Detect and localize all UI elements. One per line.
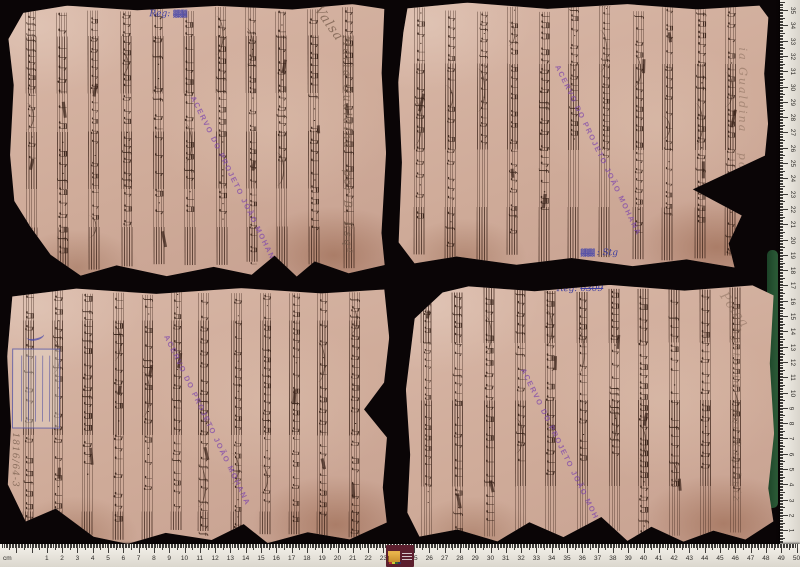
ruler-number: 11 <box>196 555 203 562</box>
catalog-number: 1816/64-3 <box>10 433 20 488</box>
ruler-number: 19 <box>789 252 796 259</box>
ruler-number: 20 <box>789 236 796 243</box>
ruler-number: 8 <box>152 555 156 562</box>
building-icon <box>388 551 400 562</box>
ruler-number: 36 <box>579 555 586 562</box>
manuscript-page-bottom-left: 1816/64-3 ACERVO DO PROJETO JOÃO MOHANA … <box>6 286 391 545</box>
color-strip <box>389 562 401 564</box>
ruler-number: 44 <box>701 555 708 562</box>
ruler-number: 31 <box>789 68 796 75</box>
title-text: ia Gualdina <box>736 48 749 134</box>
ruler-number: 22 <box>789 206 796 213</box>
ruler-number: 8 <box>787 422 794 426</box>
ruler-number: 38 <box>609 555 616 562</box>
side-title: ia Gualdina por R. E <box>736 48 750 215</box>
ruler-number: 19 <box>319 555 326 562</box>
library-stamp-box <box>12 349 60 429</box>
acervo-stamp: ACERVO DO PROJETO JOÃO MOHANA <box>189 95 281 268</box>
beam-stroke <box>317 126 320 134</box>
bottom-annotation: ▓▓▓ : Stg <box>581 248 619 258</box>
ruler-number: 9 <box>787 406 794 410</box>
side-title: Maria Gualdina por B. Esqª <box>340 35 354 255</box>
handwritten-notes: ♩ƒ♫♩♬ ƒ♫♩♪ ♪♩♬♩ ♪♬♬♬♪♩ ♪♪· · <box>421 297 433 540</box>
ruler-number: 32 <box>517 555 524 562</box>
ruler-number: 34 <box>789 22 796 29</box>
handwritten-notes: ·♩·♬♫ ♪♪· ·♪♫ ƒ♩ ♪♪ ♩♫ƒ ♩♬♪ ♪ <box>171 293 183 533</box>
handwritten-notes: ƒ♩· ♬ ♪ ƒƒ♪♬ ♪·♫ ♬··♪ ♩♫ <box>142 297 154 537</box>
ruler-number: 4 <box>787 483 794 487</box>
beam-stroke <box>642 59 645 73</box>
manuscript-page-bottom-right: Reg: 0309 Polca a hystoria por Ray Luiz … <box>405 283 776 545</box>
handwritten-notes: ƒ♪♫♪ƒ ♩ƒ ♪♩♫ ♪♪♪ƒ♫ ♩ <box>515 293 527 536</box>
handwritten-notes: ♪ƒ♩ƒƒ ƒ♩♪ƒ♬♫♩ ♫♩ ♩ ·♫ ♩ <box>25 15 37 271</box>
ruler-number: 34 <box>548 555 555 562</box>
ruler-number: 22 <box>364 555 371 562</box>
ruler-number: 5 <box>787 468 794 472</box>
photograph-canvas: Reg: ▓▓▓ Valsa Maria Gualdina por B. Esq… <box>0 0 800 567</box>
handwritten-notes: ♪ ♪ ♪♬♪♩♫ ♪♩♫ ♬♫·♪♫♫♫ <box>700 294 712 537</box>
handwritten-notes: ƒ♬ ♪· ♫♪♫·♫♩♩ ♩ ƒ♪♬♬· <box>568 9 580 256</box>
ruler-number: 23 <box>789 190 796 197</box>
ruler-number: 1 <box>787 529 794 533</box>
stamp-text-line <box>21 356 22 422</box>
ruler-number: 13 <box>227 555 234 562</box>
ruler-number: 37 <box>594 555 601 562</box>
ruler-number: 7 <box>787 437 794 441</box>
ruler-number: 10 <box>789 389 796 396</box>
ruler-number: 16 <box>789 298 796 305</box>
archive-logo-chip <box>386 545 414 567</box>
ruler-number: 49 <box>778 555 785 562</box>
ruler-number: 25 <box>789 160 796 167</box>
author-text: por B. Esqª <box>341 169 354 255</box>
stamp-text-line <box>42 356 43 422</box>
ruler-number: 2 <box>60 555 64 562</box>
side-title: a hystoria por Ray Luiz <box>730 313 744 503</box>
scribbled-word: ▓▓▓ <box>581 249 594 257</box>
stamp-text-line <box>35 356 36 422</box>
ruler-number: 28 <box>456 555 463 562</box>
ruler-number: 29 <box>789 99 796 106</box>
ruler-number: 21 <box>789 221 796 228</box>
ruler-number: 16 <box>273 555 280 562</box>
ruler-number: 48 <box>762 555 769 562</box>
ruler-number: 24 <box>789 175 796 182</box>
ruler-number: 11 <box>789 374 796 381</box>
ruler-number: 35 <box>789 7 796 14</box>
ruler-number: 18 <box>789 267 796 274</box>
ruler-number: 6 <box>121 555 125 562</box>
ruler-unit-label: cm <box>3 555 12 562</box>
handwritten-notes: ♩ ♪ ♩♪♪♫♩ ♩ ♬ ·♬♪·ƒ♬♪♫♬ƒ♬ <box>57 11 69 267</box>
scribbled-number: ▓▓▓ <box>173 10 186 18</box>
ruler-number: 46 <box>732 555 739 562</box>
ruler-number: 33 <box>533 555 540 562</box>
ruler-number: 13 <box>789 343 796 350</box>
ruler-number: 42 <box>670 555 677 562</box>
ruler-number: 50 <box>793 555 800 562</box>
ruler-number: 27 <box>789 129 796 136</box>
reg-annotation: Reg: ▓▓▓ <box>149 9 186 19</box>
author-text: por R. E <box>736 153 749 215</box>
ruler-number: 33 <box>789 37 796 44</box>
ruler-number: 7 <box>137 555 141 562</box>
stamp-text-line <box>28 356 29 422</box>
handwritten-notes: ♪♪♪♪♬♫♩ · ♬♫ ♬♫♫ ♪♪♪ ♪·ƒ ♫ <box>445 16 457 263</box>
ruler-number: 30 <box>789 83 796 90</box>
ruler-number: 5 <box>106 555 110 562</box>
ruler-number: 45 <box>716 555 723 562</box>
beam-stroke <box>702 161 705 178</box>
ruler-number: 14 <box>242 555 249 562</box>
handwritten-notes: ♪ ·♩ƒ ♪ ♩♫·♬♪♫ƒ♪♫ ♪♫ <box>276 10 288 266</box>
ruler-number: 10 <box>181 555 188 562</box>
ruler-number: 17 <box>789 282 796 289</box>
ruler-number: 1 <box>45 555 49 562</box>
reg-label: Reg: <box>149 9 170 19</box>
ruler-number: 9 <box>167 555 171 562</box>
beam-stroke <box>554 356 557 370</box>
ruler-number: 32 <box>789 53 796 60</box>
handwritten-notes: ♪♪ ♪ ♫ ·♪♩ ♪♬♫♫♩ ♩♪ ·♩♩♬♬♪ <box>316 299 328 539</box>
ruler-number: 21 <box>349 555 356 562</box>
slur-mark <box>22 103 33 130</box>
slur-mark <box>722 72 733 106</box>
crossed-number: 0309 <box>580 284 603 294</box>
ruler-number: 6 <box>787 452 794 456</box>
ruler-number: 15 <box>257 555 264 562</box>
vertical-cm-ruler: 1234567891011121314151617181920212223242… <box>780 0 800 545</box>
ruler-number: 20 <box>334 555 341 562</box>
ruler-number: 3 <box>787 498 794 502</box>
handwritten-notes: ♪ ƒ♩♪♬♪♩ ·♩♪ ♩ƒ♩♪♩ƒ♩♬ <box>669 298 681 541</box>
handwritten-notes: ♫♫ ♪ ♬·♩♬♩♫ ♬♬♬ ♫♩ƒ♫♬♫♪· ♪ ƒ ♫♪ <box>724 10 736 257</box>
acervo-stamp: ACERVO DO PROJETO JOÃO MOHANA <box>519 367 610 540</box>
ruler-number: 39 <box>625 555 632 562</box>
stg-note: : Stg <box>597 248 618 258</box>
handwritten-notes: ♩♬♬ ♬♪♫♪♫ ƒƒ ♫♫ ♫♩♪ƒ ♩ ·♬♩ <box>539 13 551 260</box>
ruler-number: 26 <box>789 145 796 152</box>
ruler-number: 26 <box>426 555 433 562</box>
author-text: por Ray Luiz <box>730 408 743 503</box>
ruler-number: 18 <box>303 555 310 562</box>
ruler-number: 43 <box>686 555 693 562</box>
ruler-number: 30 <box>487 555 494 562</box>
chip-text-lines <box>402 551 412 562</box>
ruler-number: 41 <box>655 555 662 562</box>
title-text: a hystoria <box>730 313 743 388</box>
ruler-number: 4 <box>91 555 95 562</box>
ruler-number: 14 <box>789 328 796 335</box>
stamp-text-line <box>49 356 50 422</box>
manuscript-page-top-left: Reg: ▓▓▓ Valsa Maria Gualdina por B. Esq… <box>7 3 386 279</box>
ruler-number: 12 <box>789 359 796 366</box>
ruler-number: 35 <box>563 555 570 562</box>
ruler-number: 27 <box>441 555 448 562</box>
ruler-number: 29 <box>472 555 479 562</box>
beam-stroke <box>678 478 682 490</box>
ruler-tick <box>797 544 798 553</box>
ruler-number: 2 <box>787 514 794 518</box>
handwritten-notes: ♫ ·♪ ♩ ♫·♪♪ƒ·♪♪♬♪ ♫♬♩ƒ♪♩ ·♬·♫ <box>230 297 242 537</box>
handwritten-notes: ♫♪♫♪♬♫ ♬♩ ♫ ♪♬ ·♪♪ƒ♫ ♪ƒ♪♪ ♬ ♫ <box>120 12 132 268</box>
handwritten-notes: ♪♩♬♩♬♪♪♩· ♪ ♬ ƒ♬♩♫♩ ♫♬ ♩♫ ♬ ♬ <box>289 294 301 534</box>
handwritten-notes: ♫· ♩♬♪ ƒ♬♪ƒ♬♩♪♫ƒ♬♩ ·♪♪♪ ♫♪ <box>260 293 272 533</box>
slur-mark <box>635 425 646 459</box>
ruler-number: 40 <box>640 555 647 562</box>
handwritten-notes: ♪♫ƒ·♫ ♪ƒ ♪♪♪ ♩ ·♪♩ ♩♫ ♪♪ <box>476 13 488 260</box>
reg-annotation: Reg: 0309 <box>557 284 604 294</box>
reg-label: Reg: <box>557 284 578 294</box>
beam-stroke <box>90 447 94 464</box>
handwritten-notes: ♬ ƒ♩♩♪ƒ♬ ♪♫♫ƒ♪♬♬ ♫♪♩ · <box>81 293 93 533</box>
ruler-number: 28 <box>789 114 796 121</box>
ruler-number: 12 <box>211 555 218 562</box>
ruler-number: 3 <box>76 555 80 562</box>
handwritten-notes: ƒ♫ƒ♫♫♪♫♩♫♬♫♫ ·♫♫ ♬♪ ♩ ♪♩♪♪♫♩ <box>348 299 360 539</box>
handwritten-notes: ♫ ♩♪♬♩♬♩ ƒ · ·♫♫♪♩ ♩·♬♬♪♩♪ <box>307 17 319 273</box>
title-text: Maria Gualdina <box>340 35 354 150</box>
ruler-number: 31 <box>502 555 509 562</box>
ruler-number: 17 <box>288 555 295 562</box>
ruler-number: 15 <box>789 313 796 320</box>
ruler-number: 47 <box>747 555 754 562</box>
manuscript-page-top-right: ACERVO DO PROJETO JOÃO MOHANA ▓▓▓ : Stg … <box>397 2 770 268</box>
